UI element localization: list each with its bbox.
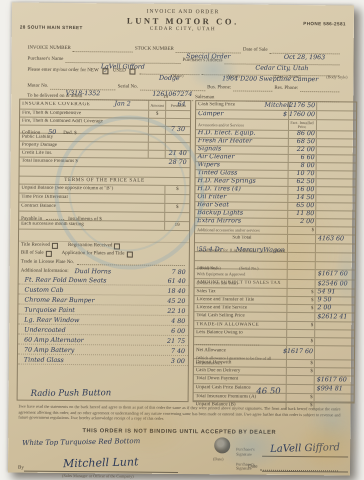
bus-phone-blank: [233, 82, 272, 91]
accessory-price: 14 50: [287, 195, 315, 202]
accessory-price: 68 50: [288, 139, 316, 146]
stock-number-label: STOCK NUMBER: [135, 47, 174, 53]
cash-selling-price-label: Cash Selling Price: [196, 102, 288, 109]
additional-item-label: Custom Cab: [25, 287, 168, 295]
title-service-value: 2 00: [314, 305, 354, 312]
license-dollar: $: [286, 297, 314, 304]
cash-due-dollar: $: [286, 368, 314, 375]
additional-info-row: Additional Information: Dual Horns 7 80: [19, 266, 189, 276]
accessory-price: 16 00: [287, 187, 315, 194]
insurance-premiums-a-label: Total Insurance Premiums (A): [194, 394, 286, 401]
terms-unpaid-dollar: $: [164, 186, 189, 194]
additional-item-price: 3 00: [171, 359, 185, 365]
insurance-premium: 7 30: [165, 127, 190, 134]
license-value: 9 50: [314, 297, 354, 304]
equipment-deduct-value: $1617 60: [315, 270, 355, 279]
application-plates-checkbox: [126, 252, 132, 258]
accessory-label: H.D. Tires (4): [195, 186, 287, 193]
insurance-amount: [148, 151, 165, 158]
cash-due-label: Cash Due on Delivery: [194, 368, 286, 375]
accessory-label: Extra Mirrors: [195, 218, 287, 225]
bill-of-sale-label: Bill of Sale: [21, 251, 44, 257]
additional-item-label: Chrome Rear Bumper: [24, 297, 167, 305]
net-allowance-value: $1617 60: [286, 346, 314, 359]
terms-payable-row: Payable in Installments of $: [19, 212, 189, 222]
accessory-price: 62 50: [287, 179, 315, 186]
accessory-price: 86 00: [288, 131, 316, 138]
accessory-price: 2 00: [287, 219, 315, 226]
installments-count-blank: [46, 219, 64, 220]
terms-unpaid-label: Unpaid Balance (See opposite column at "…: [19, 186, 164, 193]
scanned-invoice-screenshot: 28 SOUTH MAIN STREET INVOICE AND ORDER L…: [0, 0, 364, 480]
insurance-row-label: Credit Life Ins.: [20, 150, 148, 157]
with-equipment-label: With Equipment as Approved: [197, 271, 246, 276]
camper-value: $ 1760 00: [288, 111, 316, 119]
title-service-label: License and Title Service: [194, 305, 286, 312]
purchaser-name-label: Purchaser's Name: [28, 57, 64, 63]
accessories-header-label: Accessories and/or Services: [196, 122, 288, 128]
additional-item-label: Lg. Rear Window: [24, 317, 171, 325]
additional-item-label: Tinted Glass: [24, 357, 171, 365]
additional-item-label: Turquoise Paint: [24, 307, 167, 315]
sales-tax-label: Sales Tax: [195, 289, 287, 296]
used-checkbox: [130, 69, 136, 75]
accessory-label: H.D. Elect. Equip.: [196, 130, 288, 137]
accessory-label: H.D. Rear Springs: [195, 178, 287, 185]
insurance-row-label: Public Liability: [20, 134, 148, 141]
additional-item-price: 4 80: [171, 319, 185, 325]
sales-tax-dollar: $: [287, 289, 315, 296]
license-label: License and Transfer of Title: [194, 297, 286, 304]
date-label: Date: [248, 465, 258, 471]
additional-item-price: 45 20: [167, 299, 185, 305]
subtotal-value: 4163 60: [315, 235, 355, 243]
invoice-number-blank: [73, 43, 133, 53]
additional-item-row: Tinted Glass 3 00: [18, 355, 188, 366]
insurance-premiums-a-dollar: $: [286, 394, 314, 401]
trade-series-sublabel: (List or Series): [230, 247, 255, 252]
insurance-premium: [165, 111, 190, 118]
terms-month-label: Each successive month starting: [19, 222, 164, 229]
res-phone-label: Res. Phone:: [274, 86, 298, 92]
accessory-price: 65 00: [287, 203, 315, 210]
insurance-col-premium: Premium: [165, 101, 190, 110]
additional-item-price: 7 80: [172, 270, 186, 276]
accessory-price: 10 70: [288, 171, 316, 178]
net-allowance-row: Net Allowance (Which allowance I guarant…: [194, 345, 354, 360]
amount-subject-label: AMOUNT SUBJECT TO SALES TAX: [195, 280, 287, 286]
terms-title: TERMS OF THE PRICE SALE: [64, 177, 145, 184]
new-checkbox: ✓: [103, 68, 109, 74]
invoice-paper: 28 SOUTH MAIN STREET INVOICE AND ORDER L…: [8, 3, 354, 476]
date-of-sale-label: Date of Sale: [243, 48, 268, 54]
dealer-seal-icon: [214, 437, 230, 453]
insurance-amount: [148, 135, 165, 142]
additional-item-label: Radio Push Button: [31, 389, 112, 398]
terms-contract-dollar: $: [164, 204, 189, 212]
insurance-total-value: 28 70: [166, 159, 190, 167]
insurance-amount: [148, 143, 165, 150]
additional-item-label: 60 Amp Alternator: [24, 337, 167, 345]
additional-accessories-label: Additional accessories and/or services: [195, 227, 287, 233]
serial-no-label: Serial No.: [118, 85, 138, 91]
insurance-total-label: Total Insurance Premiums $: [20, 159, 166, 166]
additional-item-price: 61 40: [168, 279, 186, 285]
insurance-premium: [165, 143, 190, 150]
additional-item-price: 7 40: [171, 349, 185, 355]
insurance-amount: [148, 127, 165, 134]
accessory-label: Wipers: [196, 162, 288, 169]
purchaser-address-label: Purchaser's Address: [182, 58, 222, 64]
registration-received-label: Registration Received: [68, 243, 112, 249]
registration-received-checkbox: [114, 243, 120, 249]
dealer-phone: PHONE 586-2581: [303, 21, 346, 27]
amount-subject-value: $2546 00: [315, 280, 355, 288]
insurance-col-amount: Amount: [148, 101, 165, 110]
title-received-label: Title Received: [21, 243, 50, 249]
insurance-amount: [148, 119, 165, 126]
additional-item-label: 70 Amp Battery: [24, 347, 171, 355]
additional-item-label: Undercoated: [24, 327, 171, 335]
total-cash-label: Total Cash Selling Price: [194, 313, 286, 320]
right-column: Cash Selling Price 2176 50 Camper $ 1760…: [193, 100, 358, 403]
terms-year-label: 19: [164, 222, 189, 230]
binding-notice: THIS ORDER IS NOT BINDING UNTIL ACCEPTED…: [8, 428, 350, 437]
accessory-label: Rear Seat: [195, 202, 287, 209]
additional-item-label: Dual Horns: [75, 269, 172, 276]
date-line: Date: [248, 464, 338, 472]
manager-signature-value: Mitchell Lunt: [63, 456, 139, 469]
additional-item-label: Ft. Rear Fold Down Seats: [25, 277, 168, 285]
accessory-price: 11 80: [287, 211, 315, 218]
insurance-title: INSURANCE COVERAGE: [20, 101, 148, 108]
make-sublabel: (Make): [171, 73, 183, 78]
insurance-row-label: Property Damage: [20, 142, 148, 149]
camper-label: Camper: [196, 111, 288, 118]
additional-item-price: 22 10: [167, 309, 185, 315]
purchaser-signature-value: LaVell Gifford: [270, 443, 340, 455]
info-line-2: Purchaser's Name LaVell Gifford Purchase…: [28, 54, 340, 66]
accessory-label: Air Cleaner: [196, 154, 288, 161]
info-line-1: INVOICE NUMBER STOCK NUMBER Special Orde…: [28, 43, 340, 55]
model-sublabel: (Model): [226, 73, 239, 78]
trade-body-value: Wagon: [263, 247, 285, 254]
accessory-price: 8 00: [288, 163, 316, 170]
trade-in-allowance-dollar: $: [286, 322, 314, 329]
title-service-dollar: $: [286, 305, 314, 312]
additional-item-price: 18 40: [167, 289, 185, 295]
unpaid-cash-value: $994 81: [314, 385, 354, 393]
plate-no-label: Trade in License Plate No.: [21, 260, 74, 266]
accessory-label: Fresh Air Heater: [196, 138, 288, 145]
left-column: INSURANCE COVERAGE Amount Premium Fire, …: [17, 99, 192, 402]
deposit-dollar: $: [286, 360, 314, 367]
res-phone-blank: [300, 83, 339, 92]
fact-installed-price-header: Fact. Installed Price: [288, 120, 316, 130]
accessory-label: Signals: [196, 146, 288, 153]
total-down-label: Total Down Payment: [194, 376, 286, 383]
additional-info-label: Additional Information:: [21, 269, 69, 275]
body-style-sublabel: (Body Style): [326, 74, 347, 79]
additional-accessories-dollar: $: [287, 227, 315, 234]
terms-payable-blank: [164, 213, 189, 221]
additional-item-price: 21 75: [167, 339, 185, 345]
manager-signature-block: By Mitchell Lunt (Sales Manager or Offic…: [18, 453, 178, 479]
trade-in-allowance-label: TRADE-IN ALLOWANCE: [194, 322, 286, 329]
cash-selling-price-value: 2176 50: [288, 102, 316, 110]
insurance-row-label: Fire, Theft & Comprehensive: [20, 110, 148, 117]
total-cash-value: $2612 41: [314, 313, 354, 321]
accessory-price: 22 00: [288, 147, 316, 154]
fine-print: I/we have read the statements on the bac…: [18, 404, 340, 424]
terms-time-blank: [164, 195, 189, 203]
trade-series-value: '55 4 Dr: [197, 246, 223, 253]
insurance-premium: 21 40: [165, 151, 190, 158]
bill-of-sale-checkbox: [46, 251, 52, 257]
insurance-amount: $: [148, 111, 165, 118]
series-sublabel: (Class or Series): [273, 74, 300, 79]
sales-tax-value: 54 91: [315, 289, 355, 296]
insurance-premium: [165, 119, 190, 126]
application-plates-label: Application for Plates and Title: [62, 251, 125, 257]
motor-no-label: Motor No.: [27, 84, 48, 90]
unpaid-cash-label: Unpaid Cash Price Balance: [194, 385, 286, 392]
insurance-premium: [165, 135, 190, 142]
order-for-label: Please enter my/our order for NEW: [27, 68, 98, 74]
accessory-price: 6 60: [288, 155, 316, 162]
bus-phone-label: Bus. Phone:: [207, 85, 231, 91]
seal-date-sublabel: (Date): [213, 456, 224, 461]
purchaser-signature-label: Purchaser's Signature: [236, 448, 262, 457]
used-label: USED: [113, 69, 126, 75]
manager-sublabel: (Sales Manager or Officer of the Company…: [18, 473, 178, 479]
blank-row-dollar: $: [286, 338, 314, 345]
color-note: White Top Turquoise Red Bottom: [22, 438, 140, 447]
title-received-checkbox: [52, 243, 58, 249]
accessory-label: Tinted Glass: [196, 170, 288, 177]
additional-item-price: 6 00: [171, 329, 185, 335]
accessory-label: Backup Lights: [195, 210, 287, 217]
total-down-value: $1617 60: [314, 376, 354, 384]
invoice-number-label: INVOICE NUMBER: [28, 46, 71, 52]
deposit-label: Deposit Herewith: [194, 360, 286, 367]
accessory-label: Oil Filter: [195, 194, 287, 201]
net-allowance-label: Net Allowance: [196, 348, 226, 353]
date-blank: [260, 464, 338, 472]
trade-equipment-row: With Equipment as Approved (Deduct From …: [195, 269, 355, 280]
terms-time-label: Time Price Differential: [19, 195, 164, 202]
